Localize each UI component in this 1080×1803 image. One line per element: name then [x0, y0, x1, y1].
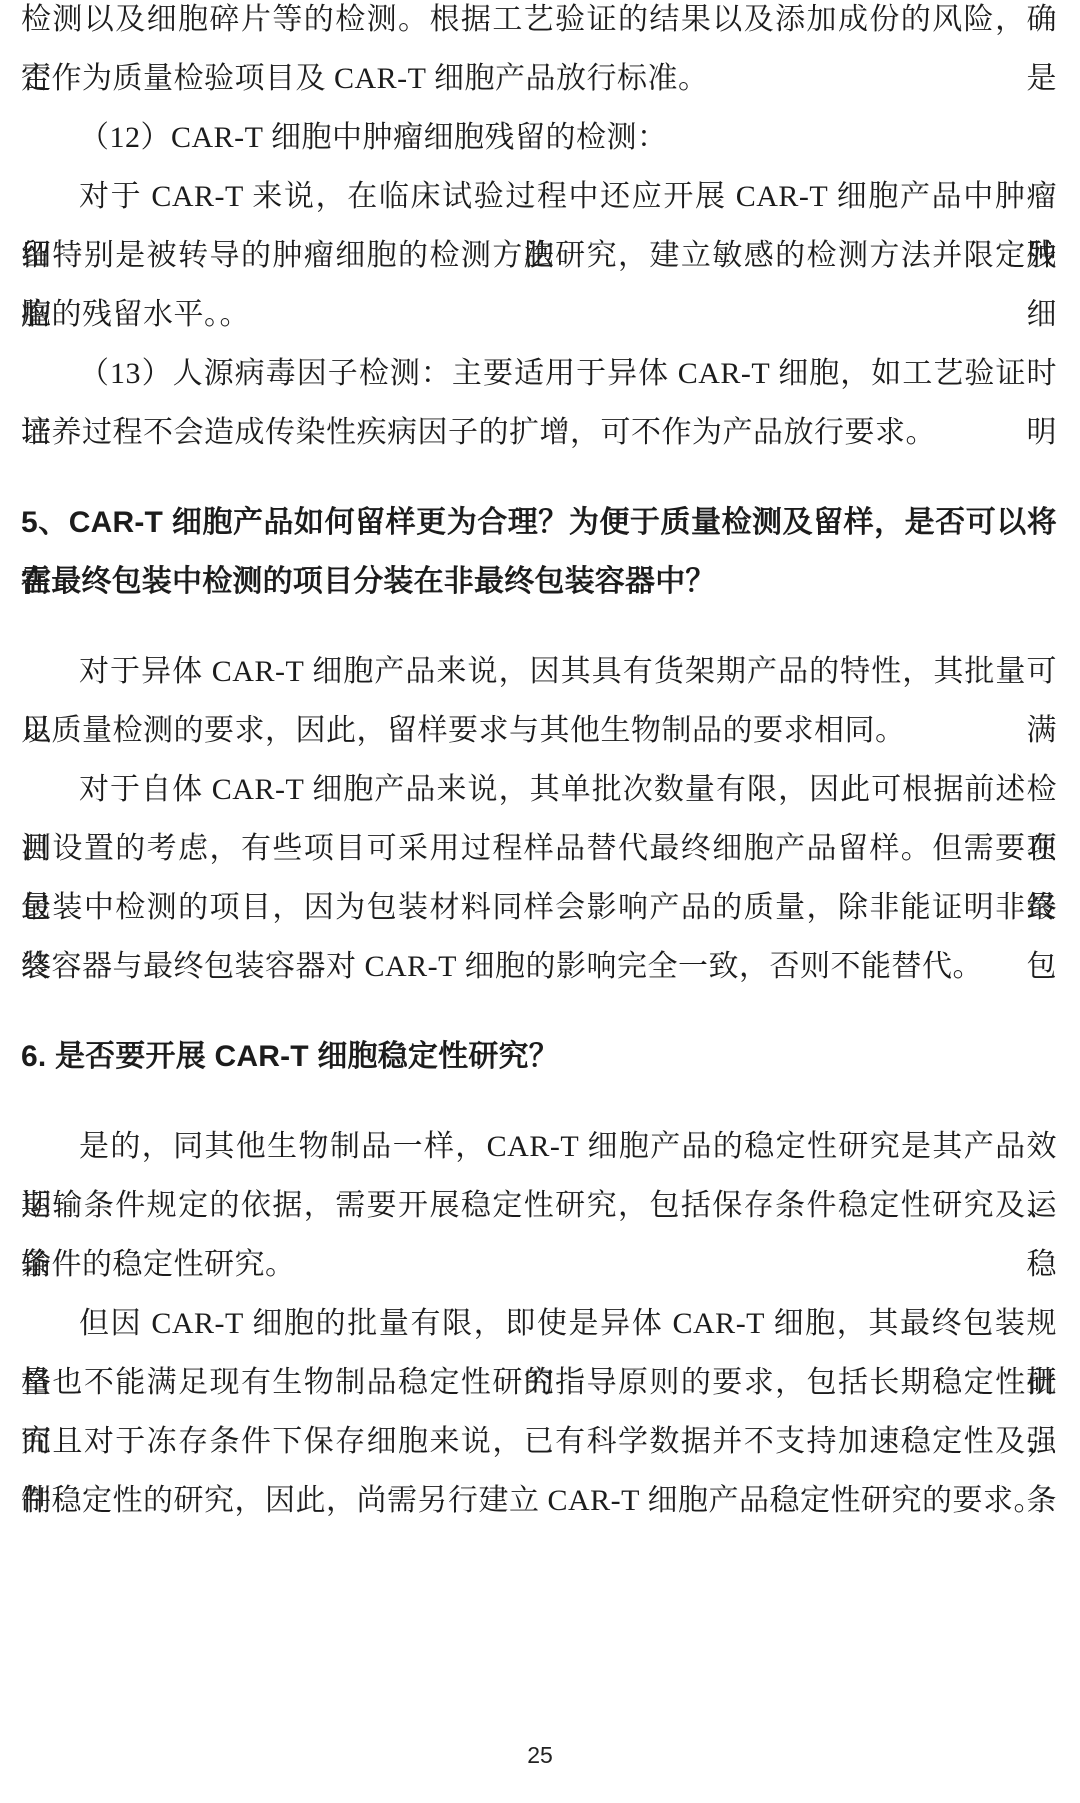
- paragraph: （12）CAR-T 细胞中肿瘤细胞残留的检测：: [21, 108, 1057, 167]
- text-line: 而且对于冻存条件下保存细胞来说，已有科学数据并不支持加速稳定性及强制条: [21, 1412, 1057, 1471]
- text-line: 对于异体 CAR-T 细胞产品来说，因其具有货架期产品的特性，其批量可以满: [21, 642, 1057, 701]
- paragraph: 对于异体 CAR-T 细胞产品来说，因其具有货架期产品的特性，其批量可以满足质量…: [21, 642, 1057, 760]
- text-line: （13）人源病毒因子检测：主要适用于异体 CAR-T 细胞，如工艺验证时证明: [21, 344, 1057, 403]
- text-line: 足质量检测的要求，因此，留样要求与其他生物制品的要求相同。: [21, 701, 1057, 760]
- paragraph: 对于自体 CAR-T 细胞产品来说，其单批次数量有限，因此可根据前述检测项目设置…: [21, 760, 1057, 996]
- text-line: 对于自体 CAR-T 细胞产品来说，其单批次数量有限，因此可根据前述检测项: [21, 760, 1057, 819]
- text-line: 5、CAR-T 细胞产品如何留样更为合理？为便于质量检测及留样，是否可以将需: [21, 493, 1057, 552]
- paragraph: 但因 CAR-T 细胞的批量有限，即使是异体 CAR-T 细胞，其最终包装规格的…: [21, 1294, 1057, 1530]
- text-line: 包装中检测的项目，因为包装材料同样会影响产品的质量，除非能证明非最终包: [21, 878, 1057, 937]
- paragraph: （13）人源病毒因子检测：主要适用于异体 CAR-T 细胞，如工艺验证时证明培养…: [21, 344, 1057, 462]
- text-line: （12）CAR-T 细胞中肿瘤细胞残留的检测：: [21, 108, 1057, 167]
- text-line: 留特别是被转导的肿瘤细胞的检测方法研究，建立敏感的检测方法并限定肿瘤细: [21, 226, 1057, 285]
- text-line: 检测以及细胞碎片等的检测。根据工艺验证的结果以及添加成份的风险，确定是: [21, 0, 1057, 49]
- text-line: 量也不能满足现有生物制品稳定性研究指导原则的要求，包括长期稳定性研究，: [21, 1353, 1057, 1412]
- text-line: 运输条件规定的依据，需要开展稳定性研究，包括保存条件稳定性研究及运输稳: [21, 1176, 1057, 1235]
- paragraph: 对于 CAR-T 来说，在临床试验过程中还应开展 CAR-T 细胞产品中肿瘤细胞…: [21, 167, 1057, 344]
- page-number: 25: [0, 1742, 1080, 1769]
- paragraph: 是的，同其他生物制品一样，CAR-T 细胞产品的稳定性研究是其产品效期、运输条件…: [21, 1117, 1057, 1294]
- paragraph: 检测以及细胞碎片等的检测。根据工艺验证的结果以及添加成份的风险，确定是否作为质量…: [21, 0, 1057, 108]
- text-line: 件稳定性的研究，因此，尚需另行建立 CAR-T 细胞产品稳定性研究的要求。: [21, 1471, 1057, 1530]
- text-line: 是的，同其他生物制品一样，CAR-T 细胞产品的稳定性研究是其产品效期、: [21, 1117, 1057, 1176]
- question-heading: 5、CAR-T 细胞产品如何留样更为合理？为便于质量检测及留样，是否可以将需在最…: [21, 493, 1057, 611]
- text-line: 6. 是否要开展 CAR-T 细胞稳定性研究？: [21, 1027, 1057, 1086]
- text-line: 在最终包装中检测的项目分装在非最终包装容器中？: [21, 552, 1057, 611]
- text-line: 但因 CAR-T 细胞的批量有限，即使是异体 CAR-T 细胞，其最终包装规格的…: [21, 1294, 1057, 1353]
- document-page: 检测以及细胞碎片等的检测。根据工艺验证的结果以及添加成份的风险，确定是否作为质量…: [0, 0, 1080, 1803]
- text-line: 对于 CAR-T 来说，在临床试验过程中还应开展 CAR-T 细胞产品中肿瘤细胞…: [21, 167, 1057, 226]
- text-line: 装容器与最终包装容器对 CAR-T 细胞的影响完全一致，否则不能替代。: [21, 937, 1057, 996]
- question-heading: 6. 是否要开展 CAR-T 细胞稳定性研究？: [21, 1027, 1057, 1086]
- document-content: 检测以及细胞碎片等的检测。根据工艺验证的结果以及添加成份的风险，确定是否作为质量…: [21, 0, 1057, 1530]
- text-line: 目设置的考虑，有些项目可采用过程样品替代最终细胞产品留样。但需要在最终: [21, 819, 1057, 878]
- text-line: 培养过程不会造成传染性疾病因子的扩增，可不作为产品放行要求。: [21, 403, 1057, 462]
